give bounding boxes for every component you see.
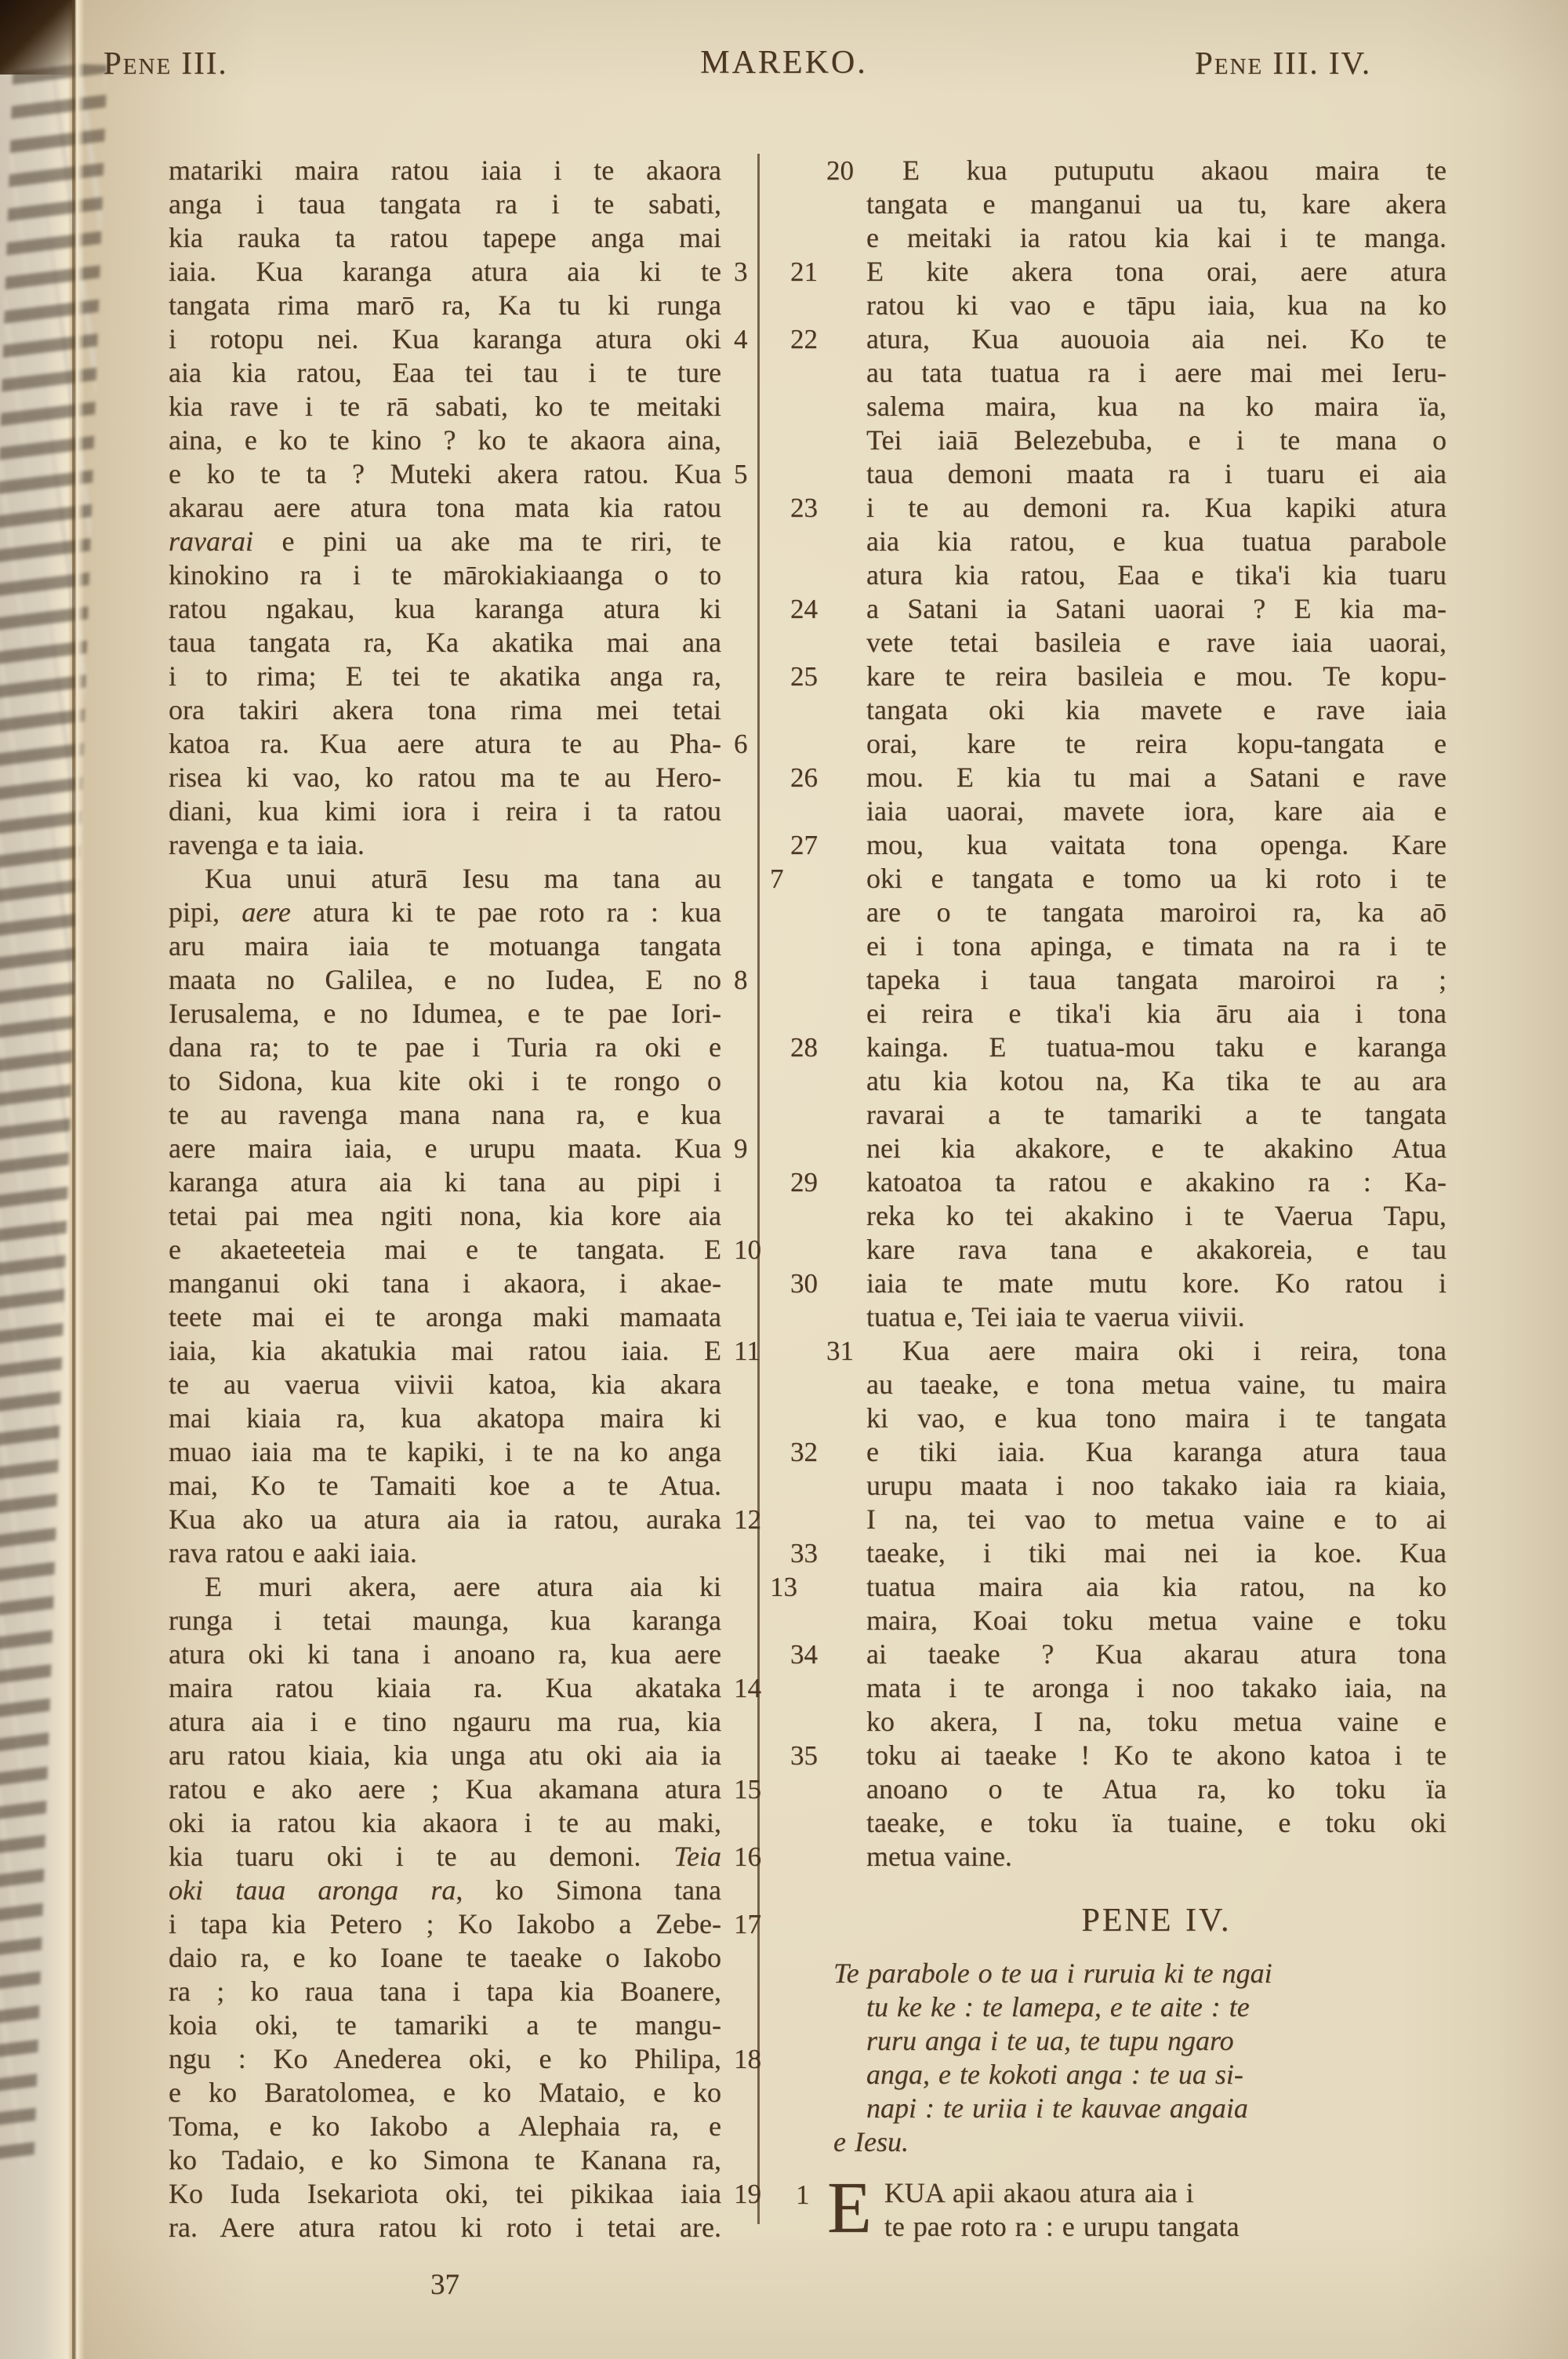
text-line: Kua aere maira oki i reira, tona31 — [866, 1334, 1446, 1368]
text-line: i rotopu nei. Kua karanga atura oki4 — [169, 322, 721, 356]
text-line: au tata tuatua ra i aere mai mei Ieru- — [866, 356, 1446, 390]
text-line: atura kia ratou, Eaa e tika'i kia tuaru — [866, 558, 1446, 592]
text-line: aere maira iaia, e urupu maata. Kua9 — [169, 1132, 721, 1165]
page-edge-highlight — [72, 0, 85, 2359]
text-line: katoatoa ta ratou e akakino ra : Ka-29 — [866, 1165, 1446, 1199]
text-line: e ko te ta ? Muteki akera ratou. Kua5 — [169, 457, 721, 491]
text-line: mou. E kia tu mai a Satani e rave26 — [866, 761, 1446, 794]
chapter-heading: PENE IV. — [866, 1897, 1446, 1944]
text-line: i te au demoni ra. Kua kapiki atura23 — [866, 491, 1446, 525]
verse-number: 12 — [734, 1503, 789, 1536]
text-line: E muri akera, aere atura aia ki13 — [169, 1570, 721, 1604]
verse-number: 1 — [796, 2178, 810, 2212]
text-line: aina, e ko te kino ? ko te akaora aina, — [169, 423, 721, 457]
text-line: ravenga e ta iaia. — [169, 828, 721, 862]
text-line: ki vao, e kua tono maira i te tangata — [866, 1401, 1446, 1435]
text-line: koia oki, te tamariki a te mangu- — [169, 2008, 721, 2042]
text-line: vete tetai basileia e rave iaia uaorai, — [866, 626, 1446, 660]
text-line: manganui oki tana i akaora, i akae- — [169, 1267, 721, 1300]
text-line: urupu maata i noo takako iaia ra kiaia, — [866, 1469, 1446, 1503]
verse-number: 35 — [790, 1739, 853, 1772]
text-line: ngu : Ko Anederea oki, e ko Philipa,18 — [169, 2042, 721, 2076]
text-line: taeake, e toku ïa tuaine, e toku oki — [866, 1806, 1446, 1840]
text-line: maira, Koai toku metua vaine e toku — [866, 1604, 1446, 1637]
text-line: ratou ngakau, kua karanga atura ki — [169, 592, 721, 626]
text-line: te au ravenga mana nana ra, e kua — [169, 1098, 721, 1132]
text-line: KUA apii akaou atura aia i — [884, 2177, 1194, 2208]
text-line: mou, kua vaitata tona openga. Kare27 — [866, 828, 1446, 862]
text-line: atura aia i e tino ngauru ma rua, kia — [169, 1705, 721, 1739]
text-line: mata i te aronga i noo takako iaia, na — [866, 1671, 1446, 1705]
chapter-summary-line: tu ke ke : te lamepa, e te aite : te — [833, 1990, 1399, 2024]
text-line: iaia te mate mutu kore. Ko ratou i30 — [866, 1267, 1446, 1300]
text-line: E kite akera tona orai, aere atura21 — [866, 255, 1446, 289]
text-line: diani, kua kimi iora i reira i ta ratou — [169, 794, 721, 828]
text-line: pipi, aere atura ki te pae roto ra : kua — [169, 896, 721, 929]
text-line: orai, kare te reira kopu-tangata e — [866, 727, 1446, 761]
text-line: e tiki iaia. Kua karanga atura taua32 — [866, 1435, 1446, 1469]
verse-number: 27 — [790, 828, 853, 862]
text-line: tangata rima marō ra, Ka tu ki runga — [169, 289, 721, 322]
spine-shadow-corner — [0, 0, 75, 75]
text-line: nei kia akakore, e te akakino Atua — [866, 1132, 1446, 1165]
verse-number: 30 — [790, 1267, 853, 1300]
chapter-summary-line: e Iesu. — [833, 2125, 1399, 2159]
text-line: akarau aere atura tona mata kia ratou — [169, 491, 721, 525]
verse-number: 23 — [790, 491, 853, 525]
verse-number: 18 — [734, 2042, 789, 2076]
adjacent-page-text-blur — [0, 62, 107, 2166]
verse-number: 16 — [734, 1840, 789, 1874]
verse-number: 14 — [734, 1671, 789, 1705]
text-line: tuatua e, Tei iaia te vaerua viivii. — [866, 1300, 1446, 1334]
text-line: e akaeteeteia mai e te tangata. E10 — [169, 1233, 721, 1267]
text-line: kare te reira basileia e mou. Te kopu-25 — [866, 660, 1446, 693]
text-line: oki taua aronga ra, ko Simona tana — [169, 1874, 721, 1907]
verse-number: 3 — [734, 255, 789, 289]
text-line: oki e tangata e tomo ua ki roto i te — [866, 862, 1446, 896]
text-line: a Satani ia Satani uaorai ? E kia ma-24 — [866, 592, 1446, 626]
text-line: matariki maira ratou iaia i te akaora — [169, 154, 721, 187]
text-line: ratou ki vao e tāpu iaia, kua na ko — [866, 289, 1446, 322]
text-line: metua vaine. — [866, 1840, 1446, 1874]
text-line: tangata e manganui ua tu, kare akera — [866, 187, 1446, 221]
verse-number: 34 — [790, 1637, 853, 1671]
text-line: daio ra, e ko Ioane te taeake o Iakobo — [169, 1941, 721, 1975]
text-line: Kua unui aturā Iesu ma tana au7 — [169, 862, 721, 896]
verse-number: 19 — [734, 2177, 789, 2211]
text-line: kinokino ra i te mārokiakiaanga o to — [169, 558, 721, 592]
text-line: atura oki ki tana i anoano ra, kua aere — [169, 1637, 721, 1671]
text-line: katoa ra. Kua aere atura te au Pha-6 — [169, 727, 721, 761]
text-line: taua demoni maata ra i tuaru ei aia — [866, 457, 1446, 491]
text-line: tetai pai mea ngiti nona, kia kore aia — [169, 1199, 721, 1233]
running-head-right: Pene III. IV. — [1195, 44, 1371, 83]
text-line: iaia uaorai, mavete iora, kare aia e — [866, 794, 1446, 828]
text-line: atura, Kua auouoia aia nei. Ko te22 — [866, 322, 1446, 356]
text-line: reka ko tei akakino i te Vaerua Tapu, — [866, 1199, 1446, 1233]
text-line: Kua ako ua atura aia ia ratou, auraka12 — [169, 1503, 721, 1536]
verse-number: 33 — [790, 1536, 853, 1570]
text-line: kare rava tana e akakoreia, e tau — [866, 1233, 1446, 1267]
text-line: aru ratou kiaia, kia unga atu oki aia ia — [169, 1739, 721, 1772]
text-line: karanga atura aia ki tana au pipi i — [169, 1165, 721, 1199]
right-column: E kua putuputu akaou maira te20tangata e… — [866, 154, 1446, 2244]
text-line: kainga. E tuatua-mou taku e karanga28 — [866, 1030, 1446, 1064]
text-line: mai kiaia ra, kua akatopa maira ki — [169, 1401, 721, 1435]
text-line: muao iaia ma te kapiki, i te na ko anga — [169, 1435, 721, 1469]
verse-number: 11 — [734, 1334, 789, 1368]
text-line: aia kia ratou, Eaa tei tau i te ture — [169, 356, 721, 390]
chapter-summary-line: Te parabole o te ua i ruruia ki te ngai — [833, 1957, 1399, 1990]
adjacent-page-edge — [0, 0, 75, 2359]
text-line: toku ai taeake ! Ko te akono katoa i te3… — [866, 1739, 1446, 1772]
text-line: ravarai e pini ua ake ma te riri, te — [169, 525, 721, 558]
text-line: tangata oki kia mavete e rave iaia — [866, 693, 1446, 727]
text-line: iaia. Kua karanga atura aia ki te3 — [169, 255, 721, 289]
text-line: rava ratou e aaki iaia. — [169, 1536, 721, 1570]
verse-number: 7 — [734, 862, 789, 896]
text-line: kia rauka ta ratou tapepe anga mai — [169, 221, 721, 255]
text-line: iaia, kia akatukia mai ratou iaia. E11 — [169, 1334, 721, 1368]
verse-number: 24 — [790, 592, 853, 626]
running-head-title: MAREKO. — [700, 44, 868, 83]
text-line: salema maira, kua na ko maira ïa, — [866, 390, 1446, 423]
left-column: matariki maira ratou iaia i te akaoraang… — [169, 154, 721, 2245]
verse-number: 31 — [790, 1334, 853, 1368]
verse-number: 25 — [790, 660, 853, 693]
text-line: taeake, i tiki mai nei ia koe. Kua33 — [866, 1536, 1446, 1570]
text-line: au taeake, e tona metua vaine, tu maira — [866, 1368, 1446, 1401]
scanned-book-page: Pene III. MAREKO. Pene III. IV. matariki… — [0, 0, 1568, 2359]
text-line: anoano o te Atua ra, ko toku ïa — [866, 1772, 1446, 1806]
verse-number: 15 — [734, 1772, 789, 1806]
verse-number: 9 — [734, 1132, 789, 1165]
text-line: tuatua maira aia kia ratou, na ko — [866, 1570, 1446, 1604]
text-line: taua tangata ra, Ka akatika mai ana — [169, 626, 721, 660]
text-line: ora takiri akera tona rima mei tetai — [169, 693, 721, 727]
text-line: are o te tangata maroiroi ra, ka aō — [866, 896, 1446, 929]
text-line: E kua putuputu akaou maira te20 — [866, 154, 1446, 187]
text-line: kia rave i te rā sabati, ko te meitaki — [169, 390, 721, 423]
text-line: atu kia kotou na, Ka tika te au ara — [866, 1064, 1446, 1098]
text-line: dana ra; to te pae i Turia ra oki e — [169, 1030, 721, 1064]
text-line: mai, Ko te Tamaiti koe a te Atua. — [169, 1469, 721, 1503]
text-line: i tapa kia Petero ; Ko Iakobo a Zebe-17 — [169, 1907, 721, 1941]
text-line: aru maira iaia te motuanga tangata — [169, 929, 721, 963]
text-line: e meitaki ia ratou kia kai i te manga. — [866, 221, 1446, 255]
text-line: risea ki vao, ko ratou ma te au Hero- — [169, 761, 721, 794]
text-line: tapeka i taua tangata maroiroi ra ; — [866, 963, 1446, 997]
text-line: aia kia ratou, e kua tuatua parabole — [866, 525, 1446, 558]
text-line: i to rima; E tei te akatika anga ra, — [169, 660, 721, 693]
verse-number: 5 — [734, 457, 789, 491]
text-line: ra. Aere atura ratou ki roto i tetai are… — [169, 2211, 721, 2245]
text-line: te au vaerua viivii katoa, kia akara — [169, 1368, 721, 1401]
chapter-summary-line: napi : te uriia i te kauvae angaia — [833, 2092, 1399, 2125]
text-line: ra ; ko raua tana i tapa kia Boanere, — [169, 1975, 721, 2008]
verse-one-paragraph: 1 E KUA apii akaou atura aia i te pae ro… — [827, 2176, 1431, 2244]
text-line: anga i taua tangata ra i te sabati, — [169, 187, 721, 221]
text-line: oki ia ratou kia akaora i te au maki, — [169, 1806, 721, 1840]
text-line: kia tuaru oki i te au demoni. Teia16 — [169, 1840, 721, 1874]
text-line: ko Tadaio, e ko Simona te Kanana ra, — [169, 2143, 721, 2177]
verse-number: 29 — [790, 1165, 853, 1199]
verse-number: 20 — [790, 154, 853, 187]
text-line: Toma, e ko Iakobo a Alephaia ra, e — [169, 2110, 721, 2143]
text-line: Ko Iuda Isekariota oki, tei pikikaa iaia… — [169, 2177, 721, 2211]
verse-number: 26 — [790, 761, 853, 794]
verse-number: 10 — [734, 1233, 789, 1267]
text-line: ei reira e tika'i kia āru aia i tona — [866, 997, 1446, 1030]
verse-number: 21 — [790, 255, 853, 289]
text-line: ko akera, I na, toku metua vaine e — [866, 1705, 1446, 1739]
verse-number: 13 — [734, 1570, 789, 1604]
text-line: ai taeake ? Kua akarau atura tona34 — [866, 1637, 1446, 1671]
verse-number: 22 — [790, 322, 853, 356]
text-line: to Sidona, kua kite oki i te rongo o — [169, 1064, 721, 1098]
text-line: Ierusalema, e no Idumea, e te pae Iori- — [169, 997, 721, 1030]
text-line: runga i tetai maunga, kua karanga — [169, 1604, 721, 1637]
verse-number: 32 — [790, 1435, 853, 1469]
text-line: Tei iaiā Belezebuba, e i te mana o — [866, 423, 1446, 457]
verse-number: 8 — [734, 963, 789, 997]
verse-number: 28 — [790, 1030, 853, 1064]
text-line: te pae roto ra : e urupu tangata — [884, 2211, 1240, 2242]
running-head-left: Pene III. — [103, 44, 228, 83]
text-line: ratou e ako aere ; Kua akamana atura15 — [169, 1772, 721, 1806]
text-line: e ko Baratolomea, e ko Mataio, e ko — [169, 2076, 721, 2110]
text-line: I na, tei vao to metua vaine e to ai — [866, 1503, 1446, 1536]
text-line: ravarai a te tamariki a te tangata — [866, 1098, 1446, 1132]
chapter-summary: Te parabole o te ua i ruruia ki te ngait… — [833, 1957, 1399, 2159]
verse-number: 17 — [734, 1907, 789, 1941]
chapter-summary-line: ruru anga i te ua, te tupu ngaro — [833, 2024, 1399, 2058]
verse-number: 6 — [734, 727, 789, 761]
verse-number: 4 — [734, 322, 789, 356]
chapter-summary-line: anga, e te kokoti anga : te ua si- — [833, 2058, 1399, 2092]
text-line: maata no Galilea, e no Iudea, E no8 — [169, 963, 721, 997]
text-line: teete mai ei te aronga maki mamaata — [169, 1300, 721, 1334]
text-line: ei i tona apinga, e timata na ra i te — [866, 929, 1446, 963]
text-line: maira ratou kiaia ra. Kua akataka14 — [169, 1671, 721, 1705]
drop-cap-initial: E — [827, 2176, 884, 2238]
page-number: 37 — [169, 2268, 721, 2302]
